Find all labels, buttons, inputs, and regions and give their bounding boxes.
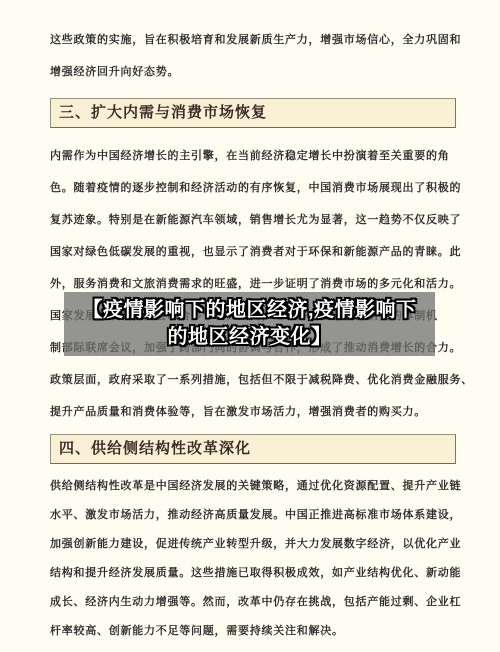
paragraph-line: 色。随着疫情的逐步控制和经济活动的有序恢复，中国消费市场展现出了积极的 xyxy=(50,172,456,204)
paragraph-line: 供给侧结构性改革是中国经济发展的关键策略，通过优化资源配置、提升产业链 xyxy=(50,472,456,501)
paragraph-line: 复苏迹象。特别是在新能源汽车领域，销售增长尤为显著，这一趋势不仅反映了 xyxy=(50,204,456,236)
paragraph-line: 政策层面，政府采取了一系列措施，包括但不限于减税降费、优化消费金融服务、 xyxy=(50,364,456,396)
section-title: 四、供给侧结构性改革深化 xyxy=(59,441,251,457)
paragraph-line: 国家对绿色低碳发展的重视，也显示了消费者对于环保和新能源产品的青睐。此 xyxy=(50,236,456,268)
paragraph-line: 结构和提升经济发展质量。这些措施已取得积极成效，如产业结构优化、新动能 xyxy=(50,559,456,588)
paragraph-line: 内需作为中国经济增长的主引擎，在当前经济稳定增长中扮演着至关重要的角 xyxy=(50,140,456,172)
section-header-supply-side-reform: 四、供给侧结构性改革深化 xyxy=(50,434,456,464)
paragraph-line: 杆率较高、创新能力不足等问题，需要持续关注和解决。 xyxy=(50,617,456,646)
section-header-domestic-demand: 三、扩大内需与消费市场恢复 xyxy=(50,98,456,128)
overlay-title-line-1: 【疫情影响下的地区经济,疫情影响下 xyxy=(82,297,416,324)
section-title: 三、扩大内需与消费市场恢复 xyxy=(59,105,267,121)
paragraph-supply-side-reform: 供给侧结构性改革是中国经济发展的关键策略，通过优化资源配置、提升产业链 水平、激… xyxy=(50,472,456,646)
paragraph-line: 增强经济回升向好态势。 xyxy=(50,56,456,88)
watermark-overlay: 【疫情影响下的地区经济,疫情影响下 的地区经济变化】 xyxy=(64,292,435,356)
paragraph-policy-summary: 这些政策的实施，旨在积极培育和发展新质生产力，增强市场信心，全力巩固和 增强经济… xyxy=(50,24,456,88)
paragraph-line: 这些政策的实施，旨在积极培育和发展新质生产力，增强市场信心，全力巩固和 xyxy=(50,24,456,56)
overlay-title-line-2: 的地区经济变化】 xyxy=(168,324,332,351)
paragraph-line: 加强创新能力建设，促进传统产业转型升级，并大力发展数字经济，以优化产业 xyxy=(50,530,456,559)
paragraph-domestic-demand: 内需作为中国经济增长的主引擎，在当前经济稳定增长中扮演着至关重要的角 色。随着疫… xyxy=(50,140,456,300)
paragraph-line: 水平、激发市场活力，推动经济高质量发展。中国正推进高标准市场体系建设， xyxy=(50,501,456,530)
paragraph-line: 成长、经济内生动力增强等。然而，改革中仍存在挑战，包括产能过剩、企业杠 xyxy=(50,588,456,617)
paragraph-line: 提升产品质量和消费体验等，旨在激发市场活力，增强消费者的购买力。 xyxy=(50,396,456,428)
